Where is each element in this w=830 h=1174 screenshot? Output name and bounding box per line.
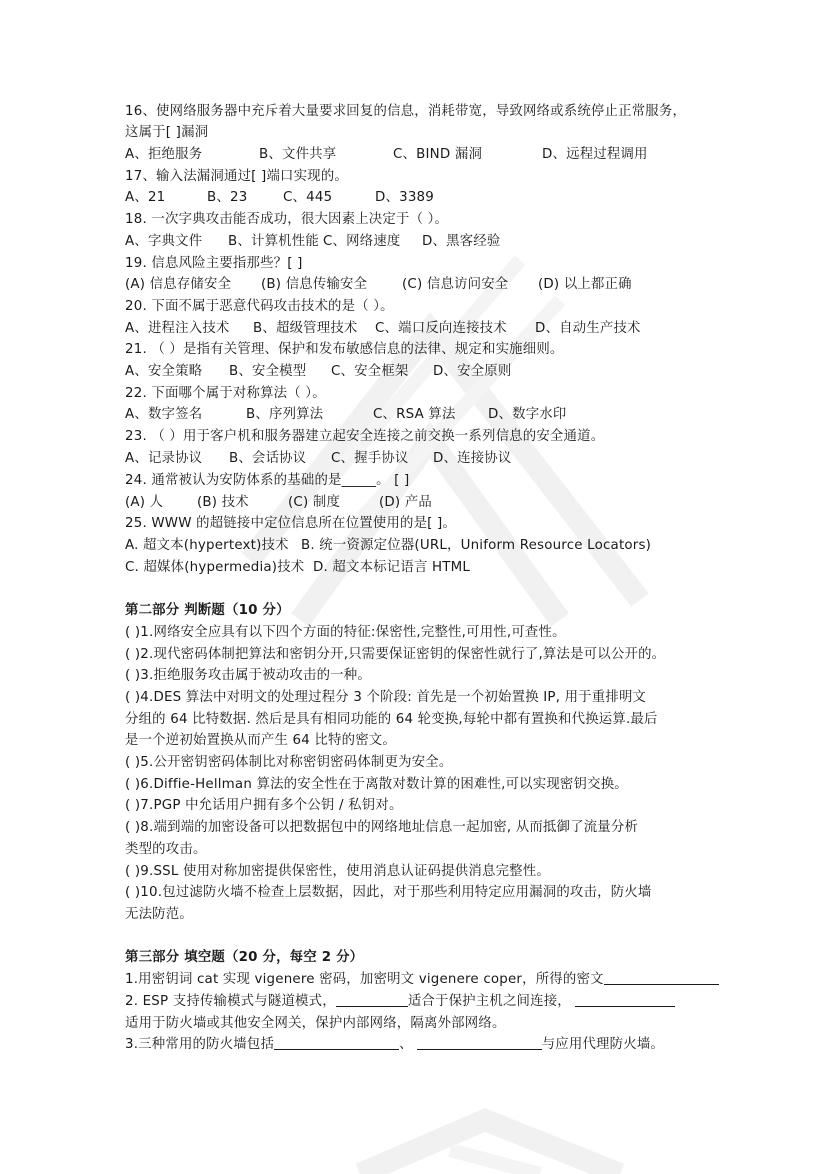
judge-item-4-line-3: 是一个逆初始置换从而产生 64 比特的密文。 [125, 730, 396, 752]
fill-item-3-text-c: 与应用代理防火墙。 [542, 1037, 664, 1052]
option-b: B、序列算法 [246, 404, 323, 426]
option-d: D、黑客经验 [422, 231, 500, 253]
judge-item-4-line-2: 分组的 64 比特数据. 然后是具有相同功能的 64 轮变换,每轮中都有置换和代… [125, 709, 658, 731]
option-d: D. 超文本标记语言 HTML [313, 557, 470, 579]
answer-blank-1[interactable] [604, 969, 719, 985]
judge-item-10-line-1: ( )10.包过滤防火墙不检查上层数据，因此，对于那些利用特定应用漏洞的攻击，防… [125, 882, 651, 904]
question-21: 21. （ ）是指有关管理、保护和发布敏感信息的法律、规定和实施细则。 [125, 339, 564, 361]
option-d: D、远程过程调用 [542, 144, 648, 166]
option-a: (A) 人 [125, 492, 163, 514]
fill-item-3: 3.三种常用的防火墙包括、与应用代理防火墙。 [125, 1034, 664, 1056]
judge-item-4-line-1: ( )4.DES 算法中对明文的处理过程分 3 个阶段: 首先是一个初始置换 I… [125, 687, 646, 709]
option-c: C、BIND 漏洞 [393, 144, 482, 166]
option-b: B、会话协议 [229, 448, 306, 470]
fill-item-2-line-2: 适用于防火墙或其他安全网关，保护内部网络，隔离外部网络。 [125, 1013, 506, 1035]
question-25: 25. WWW 的超链接中定位信息所在位置使用的是[ ]。 [125, 513, 456, 535]
option-a: A、字典文件 [125, 231, 202, 253]
option-d: D、3389 [375, 187, 434, 209]
judge-item-10-line-2: 无法防范。 [125, 904, 193, 926]
judge-item-1: ( )1.网络安全应具有以下四个方面的特征:保密性,完整性,可用性,可查性。 [125, 622, 566, 644]
question-16-line-2: 这属于[ ]漏洞 [125, 122, 208, 144]
judge-item-9: ( )9.SSL 使用对称加密提供保密性，使用消息认证码提供消息完整性。 [125, 861, 550, 883]
question-16-line-1: 16、使网络服务器中充斥着大量要求回复的信息，消耗带宽，导致网络或系统停止正常服… [125, 101, 686, 123]
question-23: 23. （ ）用于客户机和服务器建立起安全连接之前交换一系列信息的安全通道。 [125, 426, 604, 448]
option-c: C、握手协议 [331, 448, 409, 470]
answer-blank-5[interactable] [417, 1034, 542, 1050]
answer-blank-2[interactable] [336, 991, 408, 1007]
option-a: A、进程注入技术 [125, 318, 230, 340]
option-c: C、安全框架 [331, 361, 409, 383]
answer-blank-3[interactable] [575, 991, 675, 1007]
question-20: 20. 下面不属于恶意代码攻击技术的是（ ）。 [125, 296, 394, 318]
exam-page: 16、使网络服务器中充斥着大量要求回复的信息，消耗带宽，导致网络或系统停止正常服… [0, 0, 830, 1174]
fill-item-1: 1.用密钥词 cat 实现 vigenere 密码，加密明文 vigenere … [125, 969, 719, 991]
option-a: A、拒绝服务 [125, 144, 202, 166]
option-b: B、23 [207, 187, 247, 209]
question-24: 24. 通常被认为安防体系的基础的是_____。 [ ] [125, 470, 409, 492]
option-b: B、计算机性能 [228, 231, 319, 253]
judge-item-8-line-2: 类型的攻击。 [125, 839, 207, 861]
fill-item-3-text-a: 3.三种常用的防火墙包括 [125, 1037, 274, 1052]
option-c: C、445 [283, 187, 332, 209]
judge-item-5: ( )5.公开密钥密码体制比对称密钥密码体制更为安全。 [125, 752, 452, 774]
fill-item-2-line-1: 2. ESP 支持传输模式与隧道模式，适合于保护主机之间连接， [125, 991, 675, 1013]
judge-item-6: ( )6.Diffie-Hellman 算法的安全性在于离散对数计算的困难性,可… [125, 774, 628, 796]
option-d: (D) 产品 [379, 492, 432, 514]
option-a: (A) 信息存储安全 [125, 274, 231, 296]
option-a: A、数字签名 [125, 404, 202, 426]
option-a: A、安全策略 [125, 361, 202, 383]
fill-item-2-text-a: 2. ESP 支持传输模式与隧道模式， [125, 994, 336, 1009]
option-d: D、连接协议 [433, 448, 511, 470]
answer-blank-4[interactable] [274, 1034, 399, 1050]
judge-item-2: ( )2.现代密码体制把算法和密钥分开,只需要保证密钥的保密性就行了,算法是可以… [125, 644, 665, 666]
fill-item-3-text-b: 、 [399, 1037, 413, 1052]
option-d: (D) 以上都正确 [538, 274, 632, 296]
section-3-title: 第三部分 填空题（20 分，每空 2 分） [125, 947, 363, 969]
section-2-title: 第二部分 判断题（10 分） [125, 600, 290, 622]
option-a: A. 超文本(hypertext)技术 [125, 535, 289, 557]
judge-item-7: ( )7.PGP 中允话用户拥有多个公钥 / 私钥对。 [125, 795, 403, 817]
option-b: B. 统一资源定位器(URL，Uniform Resource Locators… [301, 535, 651, 557]
option-c: C、端口反向连接技术 [375, 318, 507, 340]
question-17: 17、输入法漏洞通过[ ]端口实现的。 [125, 166, 348, 188]
option-a: A、21 [125, 187, 165, 209]
option-c: (C) 制度 [288, 492, 340, 514]
option-b: B、超级管理技术 [253, 318, 358, 340]
question-19: 19. 信息风险主要指那些？[ ] [125, 253, 303, 275]
judge-item-3: ( )3.拒绝服务攻击属于被动攻击的一种。 [125, 665, 371, 687]
judge-item-8-line-1: ( )8.端到端的加密设备可以把数据包中的网络地址信息一起加密, 从而抵御了流量… [125, 817, 638, 839]
option-c: (C) 信息访问安全 [402, 274, 508, 296]
option-b: (B) 信息传输安全 [261, 274, 367, 296]
option-a: A、记录协议 [125, 448, 202, 470]
fill-item-1-text: 1.用密钥词 cat 实现 vigenere 密码，加密明文 vigenere … [125, 972, 604, 987]
option-d: D、数字水印 [488, 404, 566, 426]
option-c: C、RSA 算法 [373, 404, 456, 426]
option-b: B、文件共享 [259, 144, 336, 166]
question-18: 18. 一次字典攻击能否成功，很大因素上决定于（ ）。 [125, 209, 448, 231]
question-22: 22. 下面哪个属于对称算法（ ）。 [125, 383, 326, 405]
option-c: C、网络速度 [323, 231, 401, 253]
option-d: D、安全原则 [433, 361, 511, 383]
option-b: (B) 技术 [197, 492, 249, 514]
option-c: C. 超媒体(hypermedia)技术 [125, 557, 304, 579]
option-b: B、安全模型 [229, 361, 306, 383]
fill-item-2-text-b: 适合于保护主机之间连接， [408, 994, 571, 1009]
option-d: D、自动生产技术 [535, 318, 641, 340]
